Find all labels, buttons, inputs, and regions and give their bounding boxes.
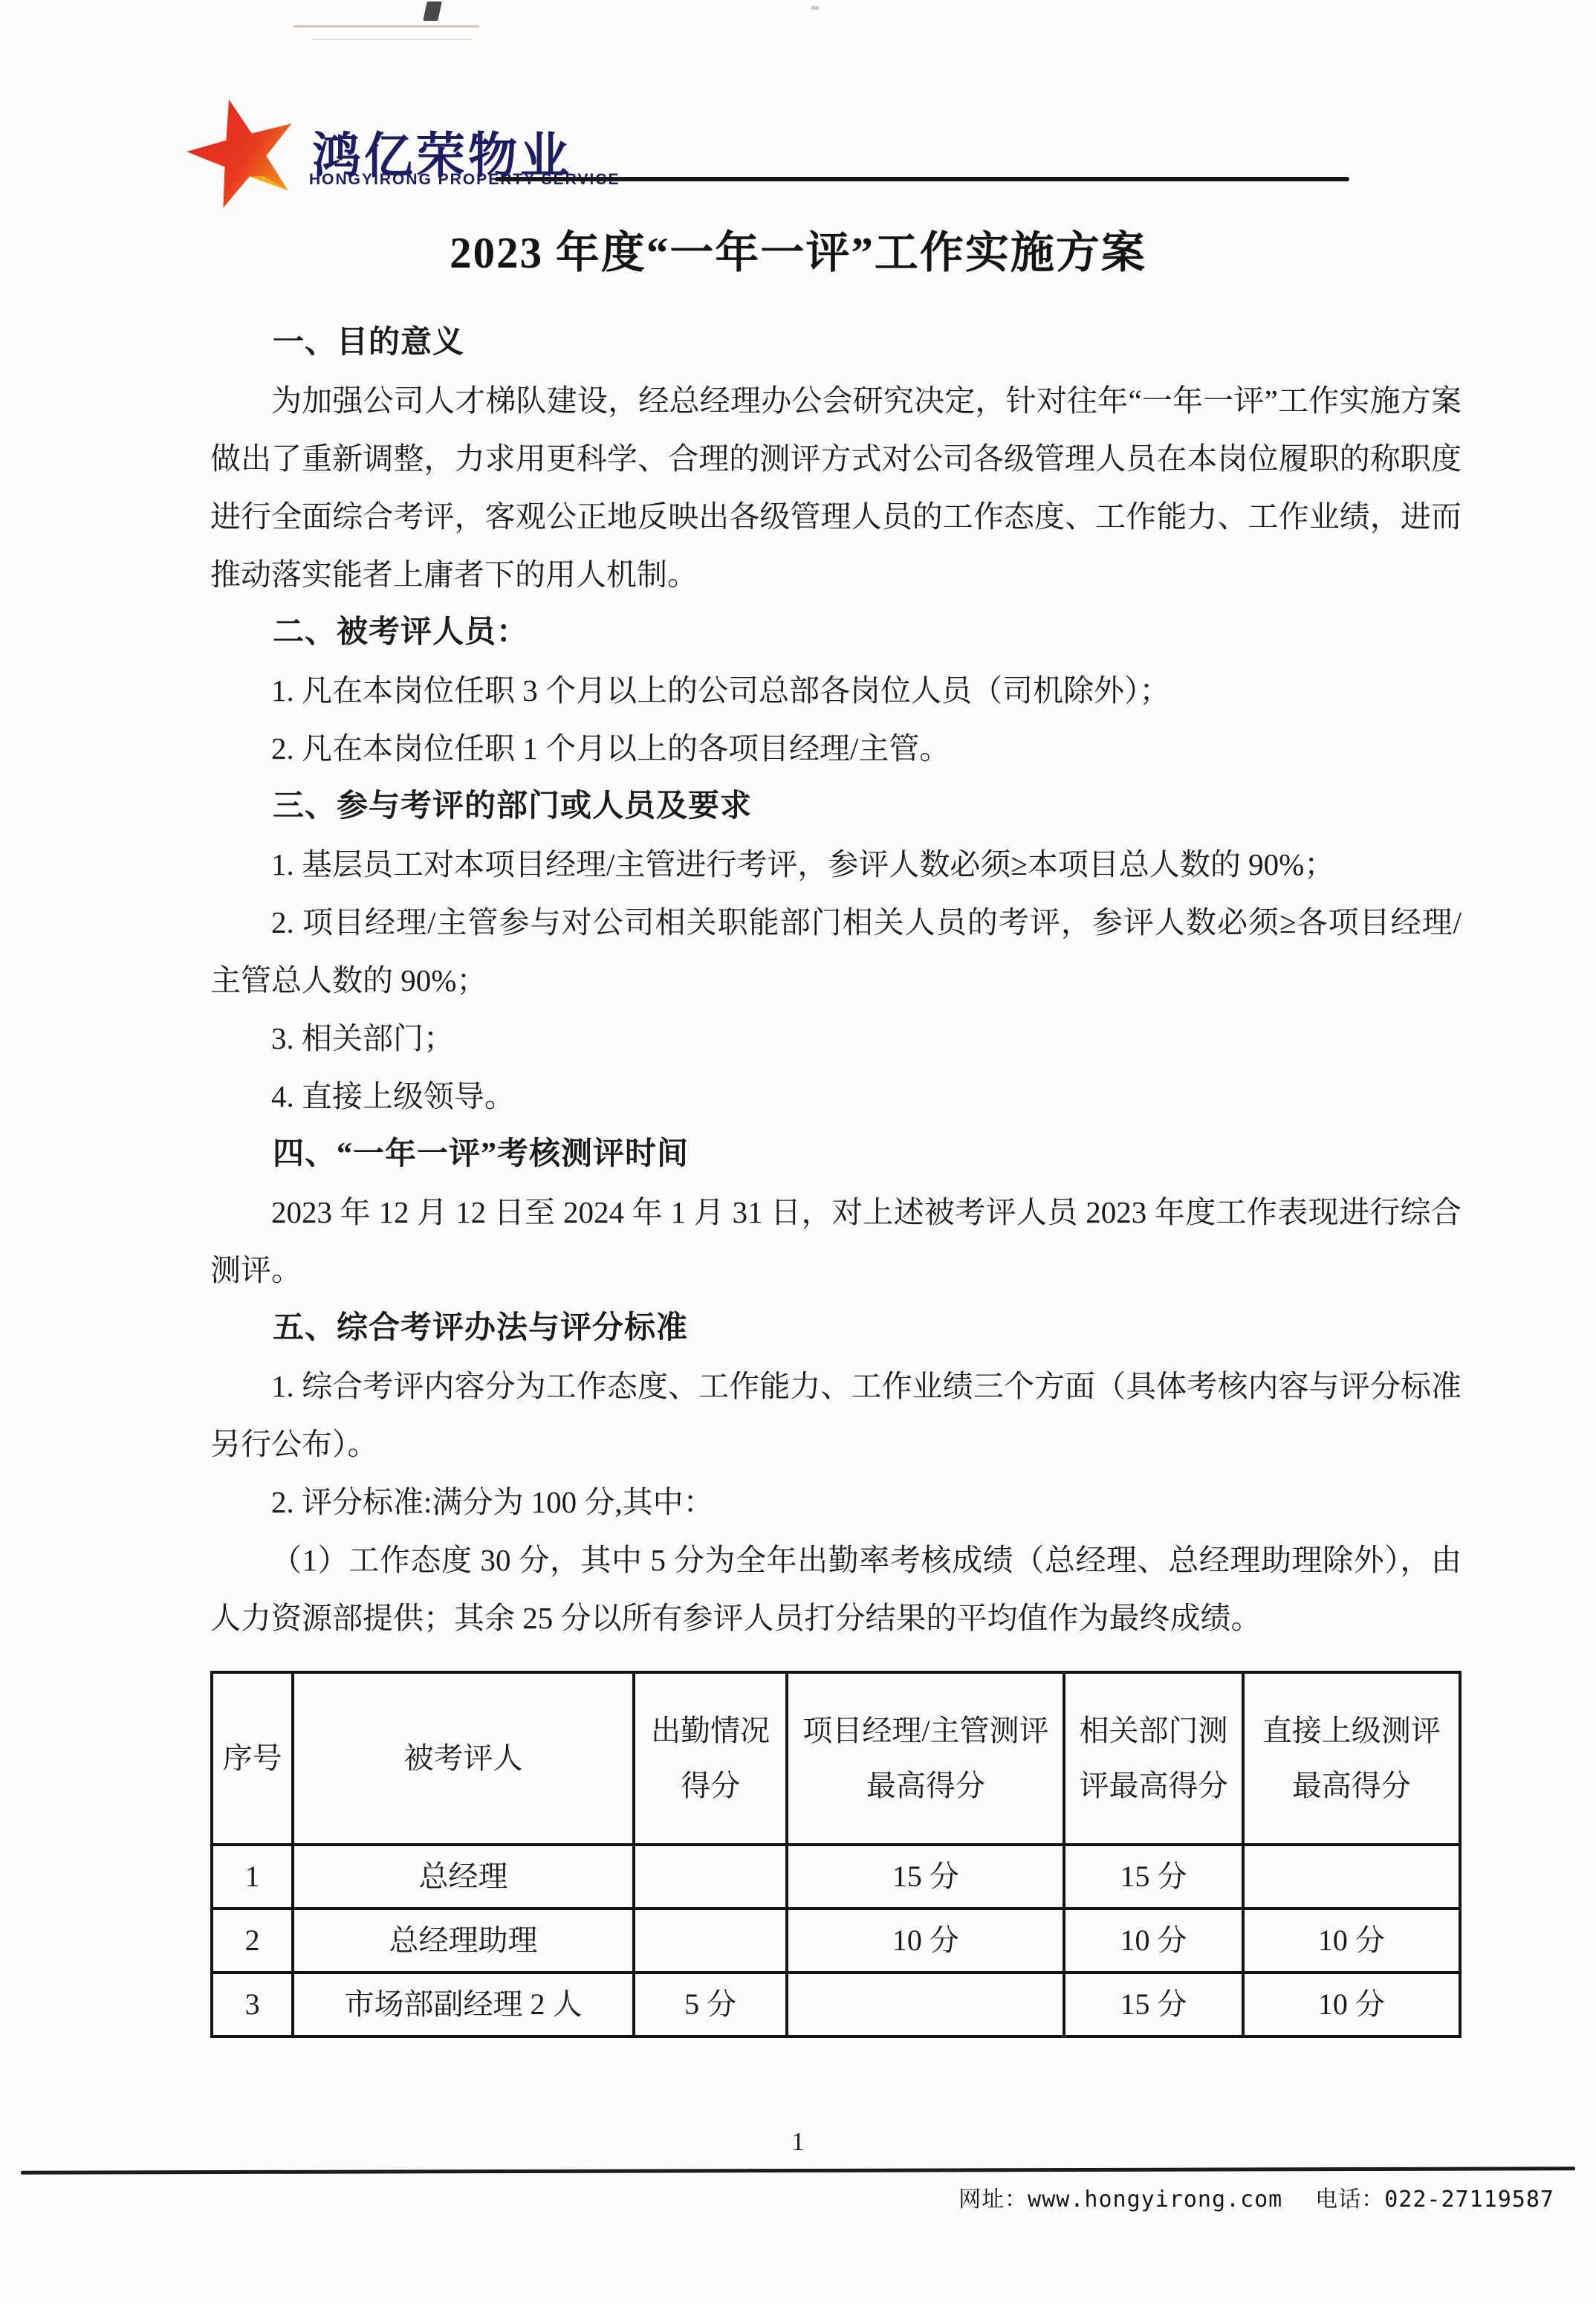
cell-attendance: 5 分 bbox=[634, 1973, 788, 2036]
star-logo-icon bbox=[184, 95, 303, 214]
document-page: 鸿亿荣物业 HONGYIRONG PROPERTY SERVICE 2023 年… bbox=[0, 0, 1596, 2304]
table-row: 2 总经理助理 10 分 10 分 10 分 bbox=[212, 1909, 1460, 1973]
section-purpose: 一、目的意义 为加强公司人才梯队建设，经总经理办公会研究决定，针对往年“一年一评… bbox=[210, 314, 1462, 603]
cell-index: 3 bbox=[212, 1973, 293, 2036]
section-heading: 三、参与考评的部门或人员及要求 bbox=[210, 777, 1462, 835]
scan-artifact bbox=[811, 6, 819, 10]
cell-index: 2 bbox=[212, 1909, 293, 1973]
cell-attendance bbox=[634, 1909, 788, 1973]
cell-manager-score: 15 分 bbox=[787, 1845, 1064, 1909]
company-letterhead: 鸿亿荣物业 HONGYIRONG PROPERTY SERVICE bbox=[184, 95, 1462, 214]
col-header-dept-score: 相关部门测评最高得分 bbox=[1064, 1672, 1242, 1845]
section-heading: 五、综合考评办法与评分标准 bbox=[210, 1299, 1462, 1357]
cell-dept-score: 15 分 bbox=[1064, 1973, 1242, 2036]
col-header-superior-score: 直接上级测评最高得分 bbox=[1243, 1672, 1460, 1845]
section-scoring: 五、综合考评办法与评分标准 1. 综合考评内容分为工作态度、工作能力、工作业绩三… bbox=[210, 1299, 1462, 1647]
table-row: 1 总经理 15 分 15 分 bbox=[212, 1845, 1460, 1909]
cell-evaluatee: 总经理助理 bbox=[293, 1909, 634, 1973]
section-participants: 三、参与考评的部门或人员及要求 1. 基层员工对本项目经理/主管进行考评，参评人… bbox=[210, 777, 1462, 1125]
paragraph: 1. 凡在本岗位任职 3 个月以上的公司总部各岗位人员（司机除外）； bbox=[210, 661, 1462, 719]
paragraph: 3. 相关部门； bbox=[210, 1009, 1462, 1067]
paragraph: （1）工作态度 30 分，其中 5 分为全年出勤率考核成绩（总经理、总经理助理除… bbox=[210, 1531, 1462, 1647]
cell-manager-score: 10 分 bbox=[787, 1909, 1064, 1973]
footer-contact: 网址：www.hongyirong.com电话：022-27119587 bbox=[958, 2181, 1554, 2213]
section-heading: 二、被考评人员： bbox=[210, 603, 1462, 661]
section-heading: 一、目的意义 bbox=[210, 314, 1462, 372]
cell-superior-score: 10 分 bbox=[1243, 1973, 1460, 2036]
footer-rule bbox=[21, 2167, 1575, 2174]
section-evaluatees: 二、被考评人员： 1. 凡在本岗位任职 3 个月以上的公司总部各岗位人员（司机除… bbox=[210, 603, 1462, 777]
paragraph: 2. 评分标准:满分为 100 分,其中： bbox=[210, 1473, 1462, 1531]
col-header-attendance: 出勤情况得分 bbox=[634, 1672, 788, 1845]
cell-dept-score: 15 分 bbox=[1064, 1845, 1242, 1909]
cell-evaluatee: 市场部副经理 2 人 bbox=[293, 1973, 634, 2036]
section-heading: 四、“一年一评”考核测评时间 bbox=[210, 1125, 1462, 1183]
table-header-row: 序号 被考评人 出勤情况得分 项目经理/主管测评最高得分 相关部门测评最高得分 … bbox=[212, 1672, 1460, 1845]
col-header-manager-score: 项目经理/主管测评最高得分 bbox=[787, 1672, 1064, 1845]
paragraph: 2. 项目经理/主管参与对公司相关职能部门相关人员的考评，参评人数必须≥各项目经… bbox=[210, 893, 1462, 1009]
document-body: 一、目的意义 为加强公司人才梯队建设，经总经理办公会研究决定，针对往年“一年一评… bbox=[210, 314, 1462, 2038]
paragraph: 1. 综合考评内容分为工作态度、工作能力、工作业绩三个方面（具体考核内容与评分标… bbox=[210, 1357, 1462, 1473]
paragraph: 1. 基层员工对本项目经理/主管进行考评，参评人数必须≥本项目总人数的 90%； bbox=[210, 835, 1462, 893]
cell-evaluatee: 总经理 bbox=[293, 1845, 634, 1909]
cell-attendance bbox=[634, 1845, 788, 1909]
cell-dept-score: 10 分 bbox=[1064, 1909, 1242, 1973]
cell-superior-score: 10 分 bbox=[1243, 1909, 1460, 1973]
paragraph: 为加强公司人才梯队建设，经总经理办公会研究决定，针对往年“一年一评”工作实施方案… bbox=[210, 372, 1462, 603]
scan-artifact bbox=[423, 1, 442, 21]
score-table: 序号 被考评人 出勤情况得分 项目经理/主管测评最高得分 相关部门测评最高得分 … bbox=[210, 1671, 1462, 2038]
table-row: 3 市场部副经理 2 人 5 分 15 分 10 分 bbox=[212, 1973, 1460, 2036]
col-header-evaluatee: 被考评人 bbox=[293, 1672, 634, 1845]
paragraph: 4. 直接上级领导。 bbox=[210, 1067, 1462, 1125]
document-title: 2023 年度“一年一评”工作实施方案 bbox=[0, 217, 1596, 280]
footer-phone: 电话：022-27119587 bbox=[1315, 2187, 1554, 2213]
paragraph: 2. 凡在本岗位任职 1 个月以上的各项目经理/主管。 bbox=[210, 719, 1462, 777]
page-number: 1 bbox=[0, 2127, 1596, 2157]
paragraph: 2023 年 12 月 12 日至 2024 年 1 月 31 日，对上述被考评… bbox=[210, 1183, 1462, 1299]
col-header-index: 序号 bbox=[212, 1672, 293, 1845]
section-schedule: 四、“一年一评”考核测评时间 2023 年 12 月 12 日至 2024 年 … bbox=[210, 1125, 1462, 1299]
header-rule bbox=[495, 177, 1349, 181]
scan-artifact bbox=[293, 25, 479, 27]
cell-manager-score bbox=[787, 1973, 1064, 2036]
cell-index: 1 bbox=[212, 1845, 293, 1909]
scan-artifact bbox=[312, 39, 472, 40]
cell-superior-score bbox=[1243, 1845, 1460, 1909]
footer-website: 网址：www.hongyirong.com bbox=[958, 2187, 1282, 2213]
